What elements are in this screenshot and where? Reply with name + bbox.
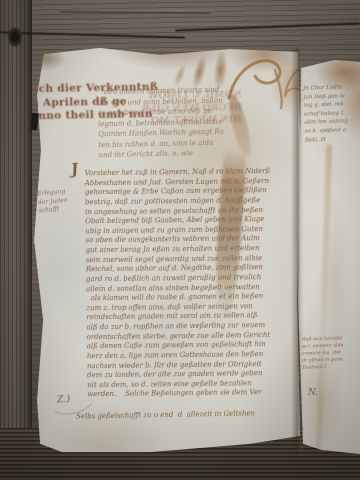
main-script-block: Vorsteher het zuß in Gamern, Naß d ro kl…: [85, 167, 303, 401]
footer-mark: Z.): [56, 393, 70, 405]
margin-annotation: Erlegungder Judenschafft: [37, 188, 69, 216]
right-page-script-block: Jn Chur LadtsJan Heß gan leing g. stel. …: [303, 83, 349, 145]
handwritten-line: so b. späßest a: [304, 126, 348, 136]
handwritten-line: Buchzeit l.: [302, 363, 344, 371]
right-page-mark: N.: [308, 388, 318, 398]
manuscript-photo: Jn Chur LadtsJan Heß gan leing g. stel. …: [0, 0, 360, 480]
page-fold-shadow: [291, 48, 304, 452]
manuscript-page-right: Jn Chur LadtsJan Heß gan leing g. stel. …: [296, 56, 360, 458]
header-script-block: den andern nahmen traurig sinddie weg un…: [97, 85, 224, 161]
right-page-margin-note: Waß wan bstraßeso l. niemehr aldaerspane…: [301, 335, 344, 371]
handwritten-line: Bekl. H: [305, 135, 349, 145]
closing-line: Selbs geßelschafft zu o end d allezeit i…: [76, 409, 255, 420]
handwritten-line: werden. Solche Beßelungen geben sie dem …: [87, 388, 302, 400]
section-mark: J: [70, 160, 80, 179]
wood-knot: [4, 22, 26, 52]
handwritten-line: und ihr Gericht alls, o. wie: [99, 148, 225, 161]
wood-plank-left: [0, 0, 32, 480]
manuscript-page-left: uch dier Verkenntnßn Aprilen dß geanno t…: [30, 42, 302, 458]
ink-streak: [316, 144, 333, 449]
margin-note-line: schafft: [38, 205, 68, 216]
